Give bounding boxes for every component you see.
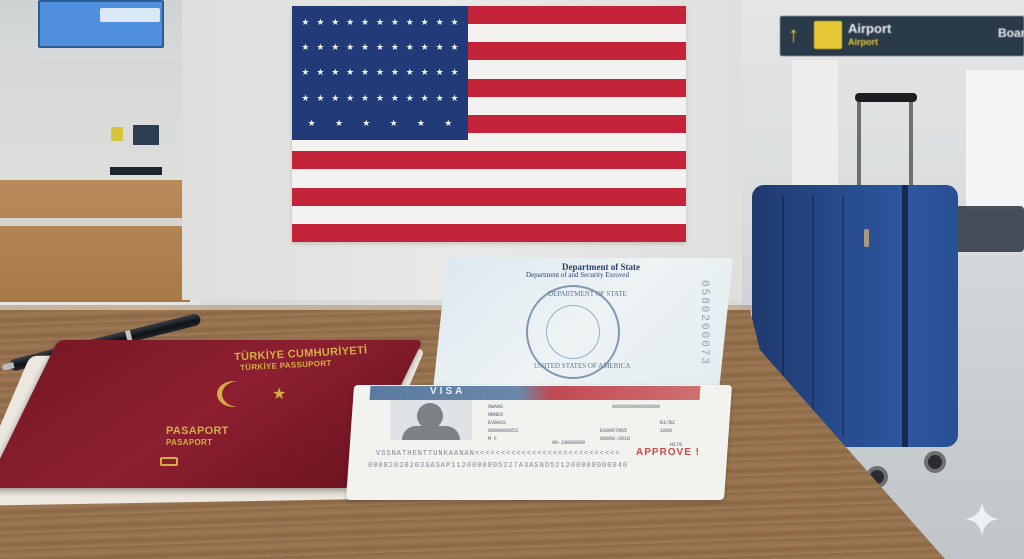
arrow-up-icon: ↑	[788, 22, 799, 48]
sign-secondary-text: Airport	[848, 37, 878, 47]
visa-band	[370, 386, 701, 400]
check-in-counter	[0, 180, 190, 302]
eagle-icon	[546, 305, 600, 359]
mrz-line-2: 00082020203SASAP1120000005227A3ASNO52120…	[368, 462, 628, 470]
biometric-chip-icon	[160, 457, 178, 466]
sparkle-icon	[963, 500, 1001, 538]
visa-field: 00-10000909	[552, 440, 585, 446]
visa-label: VISA	[430, 386, 465, 397]
visa-field: 0000000000000000	[612, 404, 660, 410]
passport-title: PASAPORT	[166, 425, 229, 437]
seal-bottom-text: UNITED STATES OF AMERICA	[534, 362, 630, 370]
visa-field: 1000	[660, 428, 672, 434]
visa-field: OWANS	[488, 404, 503, 410]
seal-top-text: DEPARTMENT OF STATE	[548, 290, 627, 298]
suitcase-wheel	[924, 451, 946, 473]
american-flag: ★★★★★★★★★★★★★★★★★★★★★★★★★★★★★★★★★★★★★★★★…	[292, 6, 686, 242]
visa-serial-number: 0580200073	[698, 280, 710, 366]
mrz-line-1: VSSNATHENTTUNKAANAN<<<<<<<<<<<<<<<<<<<<<…	[376, 450, 620, 458]
info-sign	[111, 127, 123, 141]
visa-field: NRNEO	[488, 412, 503, 418]
passport-subtitle: PASAPORT	[166, 438, 212, 447]
visa-field: EVBASS	[488, 420, 506, 426]
counter-sign	[110, 167, 162, 175]
flag-stripe	[292, 151, 686, 169]
airport-passport-scene: ★★★★★★★★★★★★★★★★★★★★★★★★★★★★★★★★★★★★★★★★…	[0, 0, 1024, 559]
crescent-icon	[222, 381, 256, 407]
visa-field: M F	[488, 436, 497, 442]
visa-field: 00068-2018	[600, 436, 630, 442]
sign-primary-text: Airport	[848, 21, 891, 36]
waiting-seats	[955, 206, 1024, 252]
airport-direction-sign: ↑ Airport Airport Boarding	[780, 16, 1024, 56]
flag-canton: ★★★★★★★★★★★★★★★★★★★★★★★★★★★★★★★★★★★★★★★★…	[292, 6, 468, 140]
sign-right-text: Boarding	[998, 26, 1024, 40]
info-sign-dark	[133, 125, 159, 145]
portrait-shoulders	[402, 426, 460, 440]
flag-stripe	[292, 224, 686, 242]
visa-field: B1/B2	[660, 420, 675, 426]
suitcase-handle-pole	[857, 98, 861, 190]
visa-subheader: Department of and Security Exroved	[526, 271, 629, 279]
visa-field: E000D7065	[600, 428, 627, 434]
visa-field: 0000000053	[488, 428, 518, 434]
suitcase-handle-pole	[909, 98, 913, 190]
suitcase-handle	[855, 93, 917, 102]
overhead-monitor	[38, 0, 164, 48]
plane-icon	[814, 21, 842, 49]
terminal-window	[966, 70, 1024, 210]
flag-stripe	[292, 188, 686, 206]
star-icon: ★	[272, 384, 286, 404]
visa-status: APPROVE !	[636, 447, 700, 458]
